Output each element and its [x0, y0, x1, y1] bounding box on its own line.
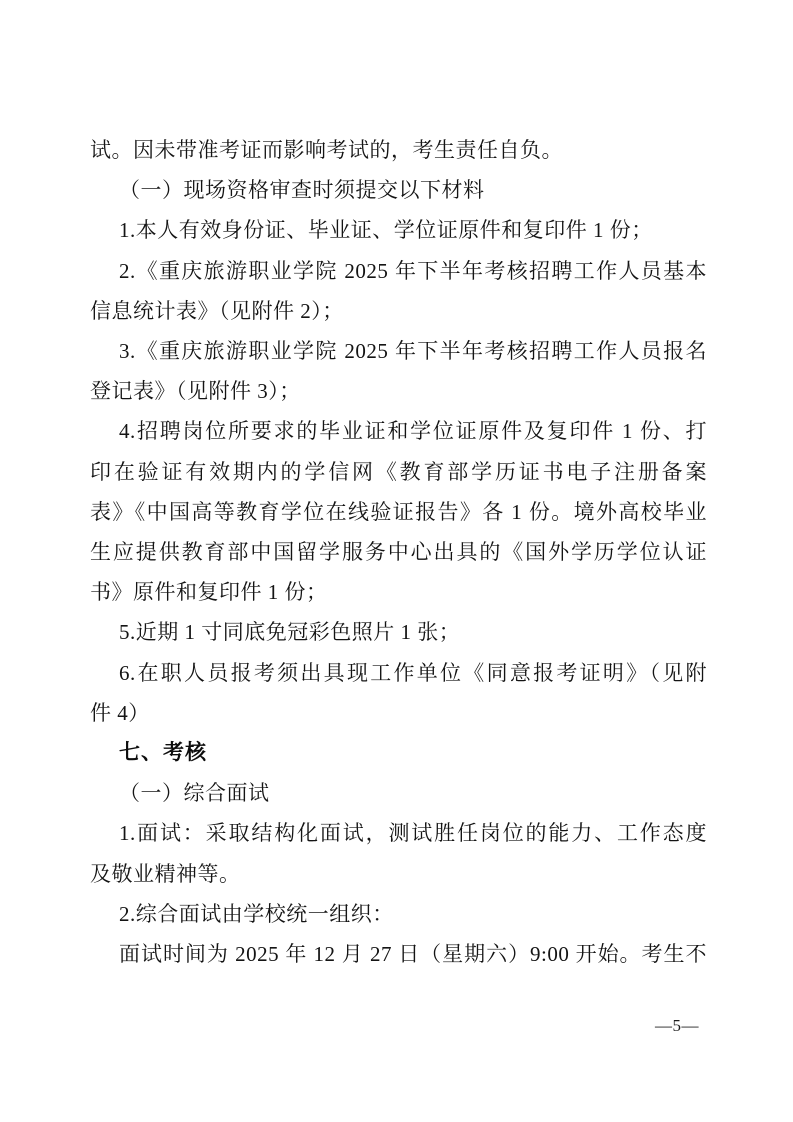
section-heading-assessment: 七、考核 [90, 733, 707, 773]
interview-item-1-line-2: 及敬业精神等。 [90, 854, 707, 894]
material-item-4-line-5: 书》原件和复印件 1 份； [90, 572, 707, 612]
page-number: —5— [655, 1015, 699, 1037]
material-item-3-line-2: 登记表》（见附件 3）； [90, 371, 707, 411]
document-body: 试。因未带准考证而影响考试的，考生责任自负。 （一）现场资格审查时须提交以下材料… [90, 130, 707, 974]
material-item-4-line-4: 生应提供教育部中国留学服务中心出具的《国外学历学位认证 [90, 532, 707, 572]
document-page: 试。因未带准考证而影响考试的，考生责任自负。 （一）现场资格审查时须提交以下材料… [0, 0, 793, 1122]
material-item-4-line-3: 表》《中国高等教育学位在线验证报告》各 1 份。境外高校毕业 [90, 492, 707, 532]
subsection-heading-materials: （一）现场资格审查时须提交以下材料 [90, 170, 707, 210]
material-item-2-line-2: 信息统计表》（见附件 2）； [90, 291, 707, 331]
material-item-4-line-2: 印在验证有效期内的学信网《教育部学历证书电子注册备案 [90, 452, 707, 492]
material-item-6-line-2: 件 4） [90, 693, 707, 733]
subsection-heading-interview: （一）综合面试 [90, 773, 707, 813]
interview-time-line: 面试时间为 2025 年 12 月 27 日（星期六）9:00 开始。考生不 [90, 934, 707, 974]
material-item-1: 1.本人有效身份证、毕业证、学位证原件和复印件 1 份； [90, 210, 707, 250]
material-item-4-line-1: 4.招聘岗位所要求的毕业证和学位证原件及复印件 1 份、打 [90, 411, 707, 451]
material-item-6-line-1: 6.在职人员报考须出具现工作单位《同意报考证明》（见附 [90, 653, 707, 693]
interview-item-1-line-1: 1.面试：采取结构化面试，测试胜任岗位的能力、工作态度 [90, 813, 707, 853]
interview-item-2: 2.综合面试由学校统一组织： [90, 894, 707, 934]
body-line-carryover: 试。因未带准考证而影响考试的，考生责任自负。 [90, 130, 707, 170]
material-item-5: 5.近期 1 寸同底免冠彩色照片 1 张； [90, 612, 707, 652]
material-item-3-line-1: 3.《重庆旅游职业学院 2025 年下半年考核招聘工作人员报名 [90, 331, 707, 371]
material-item-2-line-1: 2.《重庆旅游职业学院 2025 年下半年考核招聘工作人员基本 [90, 251, 707, 291]
